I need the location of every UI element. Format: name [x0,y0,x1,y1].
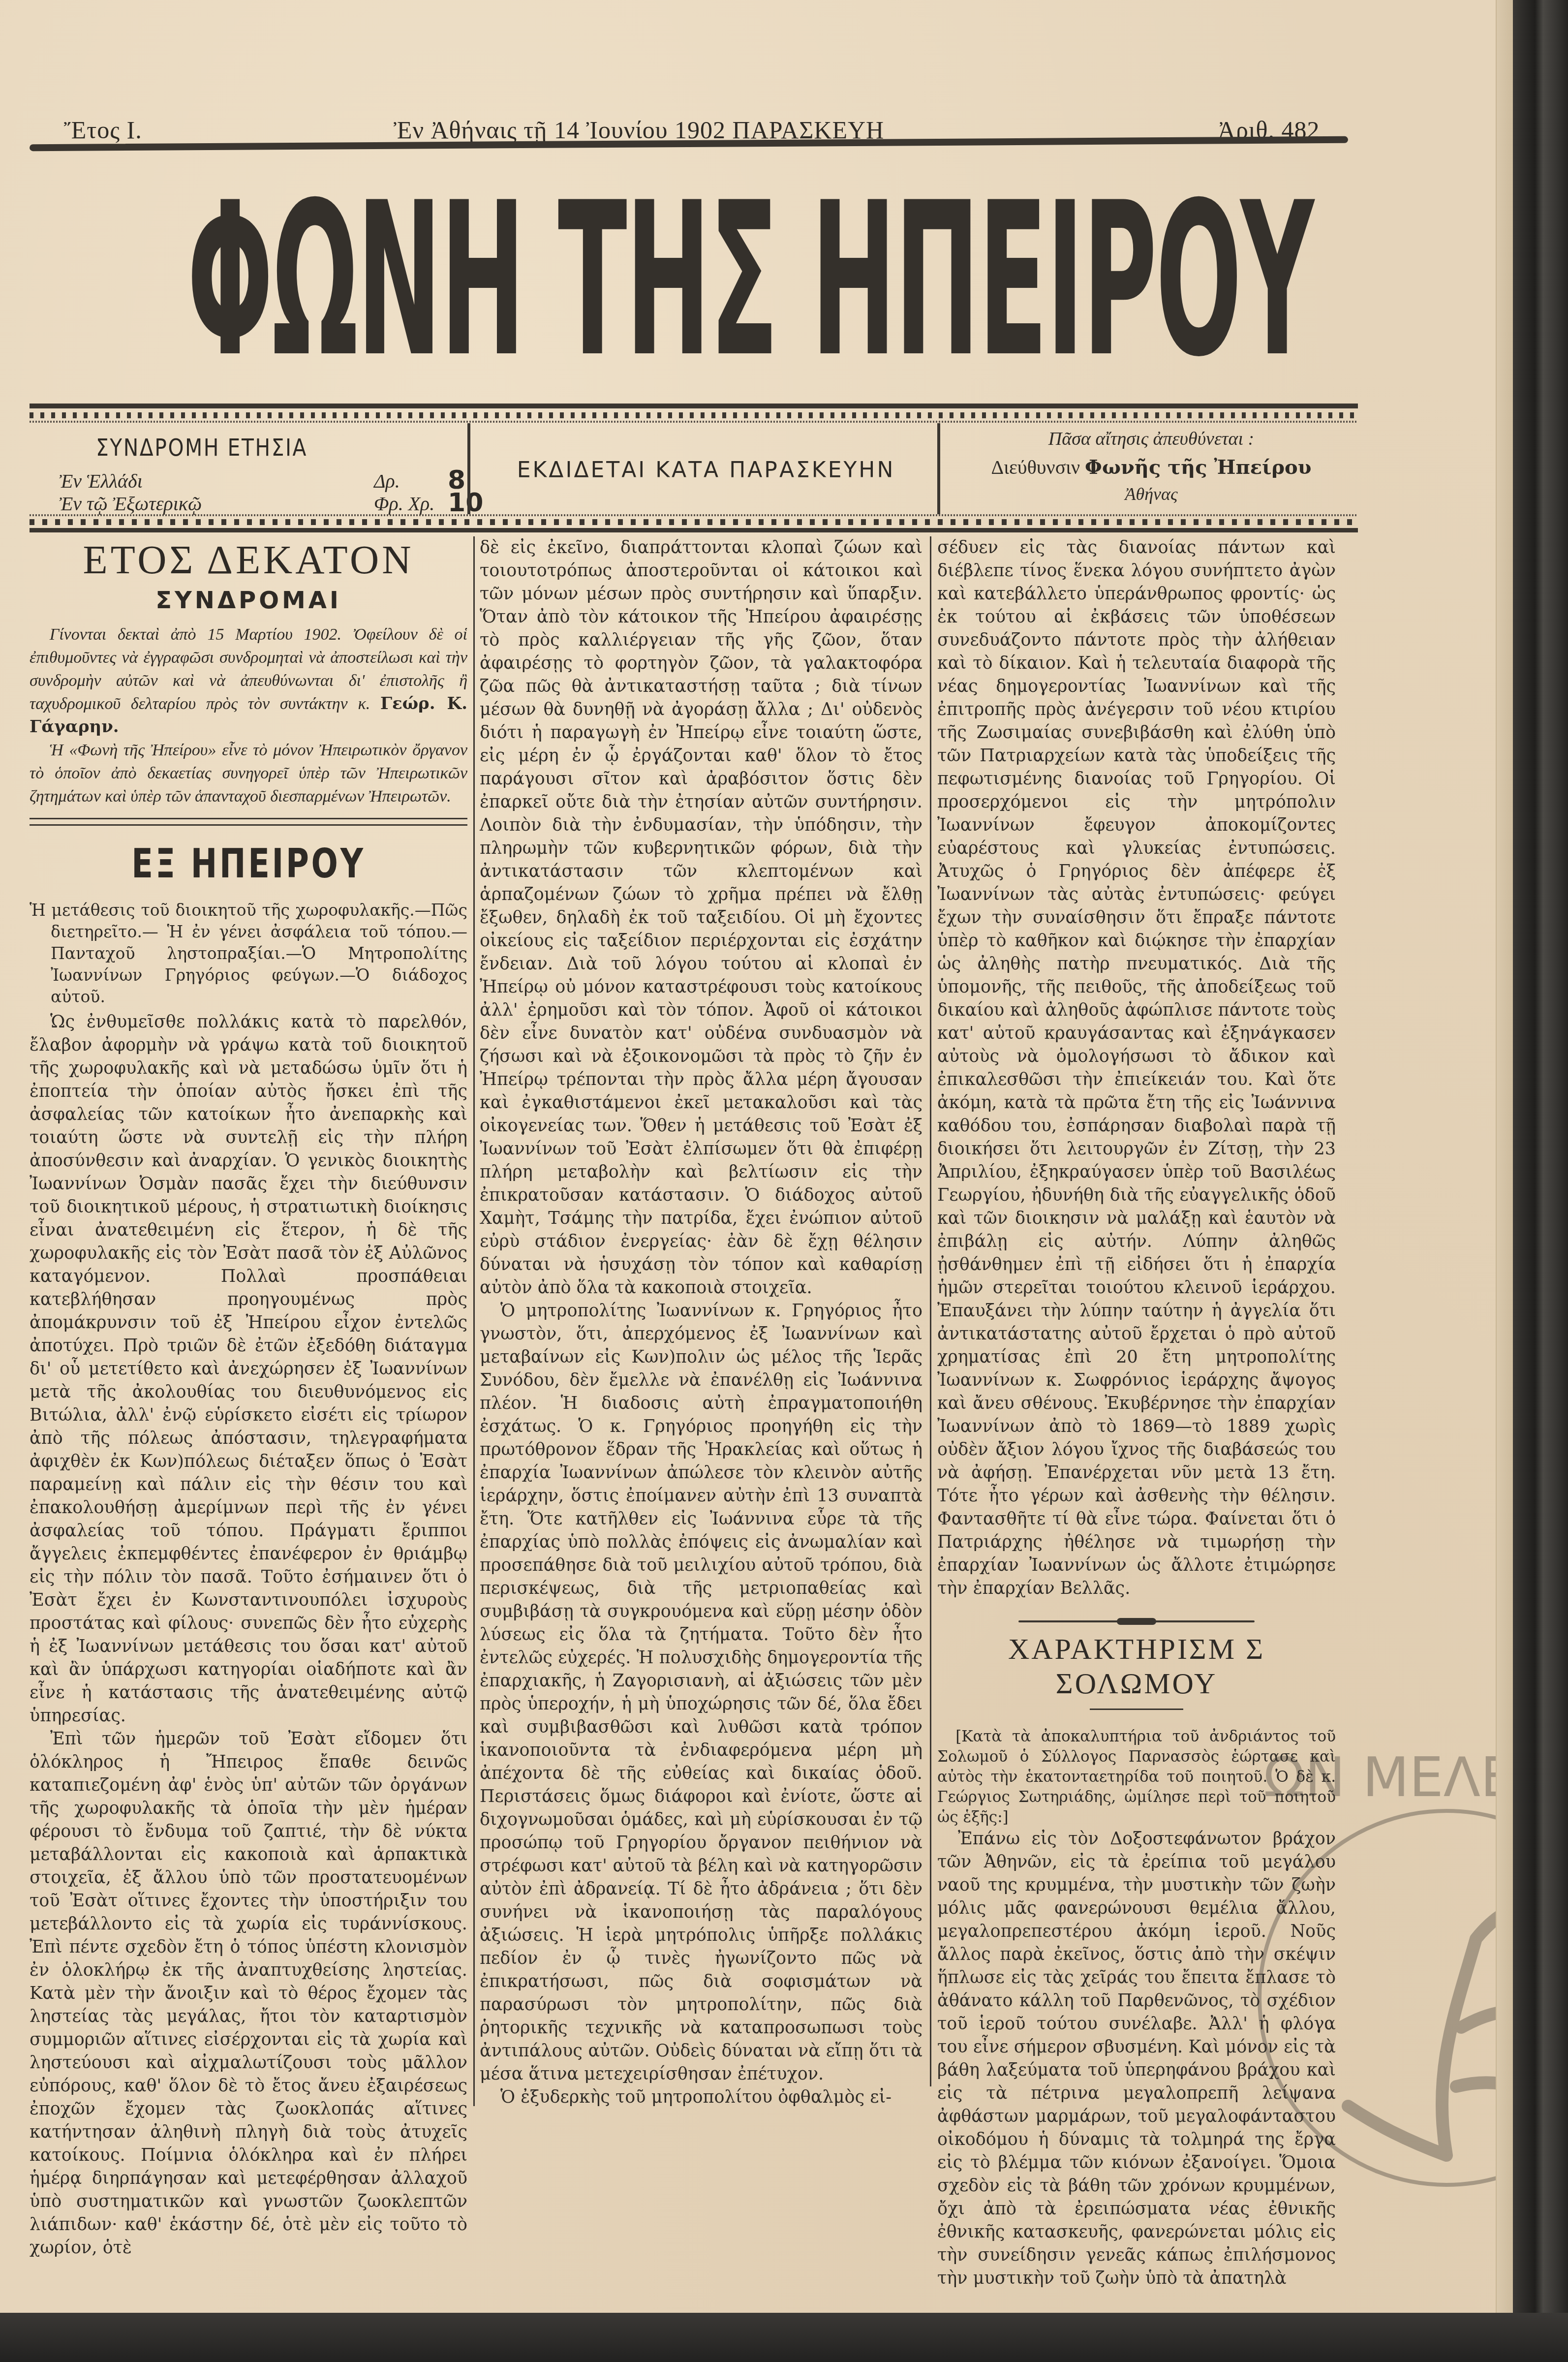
subscription-box: ΣΥΝΔΡΟΜΗ ΕΤΗΣΙΑ Ἐν Ἑλλάδι Δρ. 8 Ἐν τῷ Ἐξ… [39,423,472,514]
newspaper-title: ΦΩΝΗ ΤΗΣ ΗΠΕΙΡΟΥ [187,187,1313,374]
subscription-title: ΣΥΝΔΡΟΜΗ ΕΤΗΣΙΑ [64,434,340,462]
masthead: ΦΩΝΗ ΤΗΣ ΗΠΕΙΡΟΥ [187,187,1220,374]
year-heading: ΕΤΟΣ ΔΕΚΑΤΟΝ [30,536,467,583]
column-3: σέδυεν εἰς τὰς διανοίας πάντων καὶ διέβλ… [937,536,1336,2290]
page-edge [1496,0,1514,2313]
section-rule [30,818,467,826]
band-dots-bottom [30,519,1358,525]
address-line: Διεύθυνσιν Φωνῆς τῆς Ἠπείρου [950,456,1353,479]
address-city: Ἀθήνας [950,484,1353,504]
subscription-notice: Γίνονται δεκταὶ ἀπὸ 15 Μαρτίου 1902. Ὀφε… [30,623,467,808]
band-dotted-line-bottom [30,514,1358,516]
column-divider [473,536,475,2106]
article-paragraph: Ἐπὶ τῶν ἡμερῶν τοῦ Ἐσὰτ εἴδομεν ὅτι ὁλόκ… [30,1728,467,2260]
address-box: Πᾶσα αἴτησις ἀπευθύνεται : Διεύθυνσιν Φω… [950,428,1353,504]
column-2: δὲ εἰς ἐκεῖνο, διαπράττονται κλοπαὶ ζώων… [480,536,922,2109]
band-rule-bottom [30,528,1358,532]
ornamental-rule [1018,1618,1255,1625]
article-intro: [Κατὰ τὰ ἀποκαλυπτήρια τοῦ ἀνδριάντος το… [937,1727,1336,1828]
subscription-place: Ἐν τῷ Ἐξωτερικῷ [59,492,202,515]
column-divider [930,536,931,2086]
band-divider [937,423,940,514]
binding-bottom [0,2313,1568,2362]
binding-right [1513,0,1568,2362]
volume-year: Ἔτος Ι. [64,116,142,144]
publication-schedule: ΕΚΔΙΔΕΤΑΙ ΚΑΤΑ ΠΑΡΑΣΚΕΥΗΝ [477,458,935,483]
notice-paragraph: Γίνονται δεκταὶ ἀπὸ 15 Μαρτίου 1902. Ὀφε… [30,623,467,739]
newspaper-page: Ἔτος Ι. Ἐν Ἀθήναις τῇ 14 Ἰουνίου 1902 ΠΑ… [0,0,1513,2313]
article-paragraph: Ὁ ἐξυδερκὴς τοῦ μητροπολίτου ὀφθαλμὸς εἰ… [480,2086,922,2109]
article-paragraph: Ὡς ἐνθυμεῖσθε πολλάκις κατὰ τὸ παρελθόν,… [30,1011,467,1728]
band-dots-top [30,412,1358,418]
subscriptions-heading: ΣΥΝΔΡΟΜΑΙ [30,586,467,615]
notice-paragraph: Ἡ «Φωνὴ τῆς Ἠπείρου» εἶνε τὸ μόνον Ἠπειρ… [30,739,467,808]
subscription-price: 10 [448,488,483,518]
article-paragraph: Ὁ μητροπολίτης Ἰωαννίνων κ. Γρηγόριος ἦτ… [480,1300,922,2086]
address-newspaper-name: Φωνῆς τῆς Ἠπείρου [1085,456,1311,479]
subscription-place: Ἐν Ἑλλάδι [59,469,143,493]
address-intro: Πᾶσα αἴτησις ἀπευθύνεται : [950,428,1353,450]
article-paragraph: Ἐπάνω εἰς τὸν Δοξοστεφάνωτον βράχον τῶν … [937,1828,1336,2290]
band-divider [467,423,470,514]
section-heading-from-epirus: ΕΞ ΗΠΕΙΡΟΥ [78,839,419,889]
subscription-unit: Φρ. Χρ. [374,492,434,515]
column-1: ΕΤΟΣ ΔΕΚΑΤΟΝ ΣΥΝΔΡΟΜΑΙ Γίνονται δεκταὶ ἀ… [30,536,467,2260]
article-paragraph: σέδυεν εἰς τὰς διανοίας πάντων καὶ διέβλ… [937,536,1336,1600]
band-dotted-line-top [30,421,1358,423]
info-band: ΣΥΝΔΡΟΜΗ ΕΤΗΣΙΑ Ἐν Ἑλλάδι Δρ. 8 Ἐν τῷ Ἐξ… [30,423,1358,514]
heading-underline [1090,1709,1183,1710]
subscription-unit: Δρ. [374,469,400,493]
section-heading-solomos: ΧΑΡΑΚΤΗΡΙΣΜ Σ ΣΟΛΩΜΟΥ [937,1632,1336,1701]
article-summary: Ἡ μετάθεσις τοῦ διοικητοῦ τῆς χωροφυλακῆ… [30,900,467,1008]
band-rule-top [30,404,1358,408]
address-prefix: Διεύθυνσιν [991,456,1080,478]
article-paragraph: δὲ εἰς ἐκεῖνο, διαπράττονται κλοπαὶ ζώων… [480,536,922,1300]
